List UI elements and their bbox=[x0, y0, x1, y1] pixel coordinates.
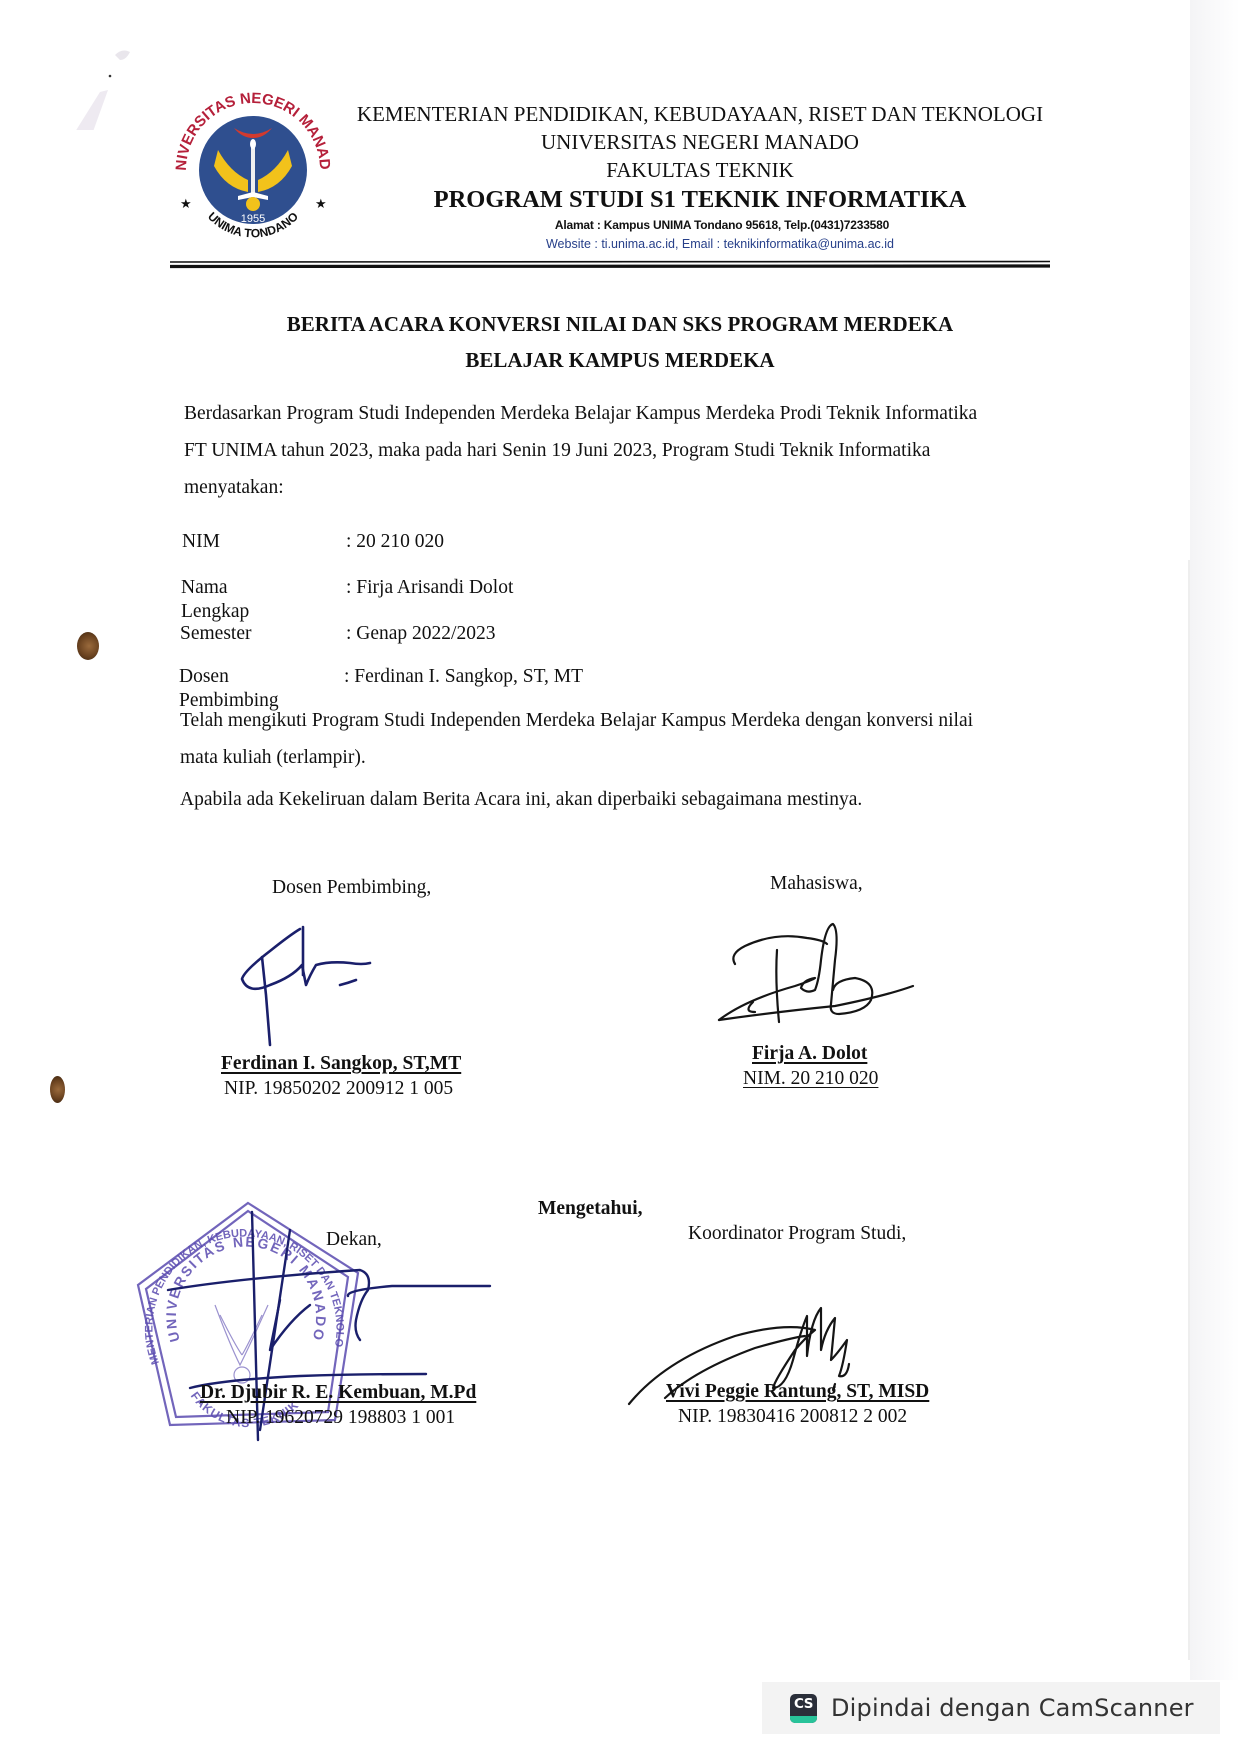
field-value: : Firja Arisandi Dolot bbox=[346, 576, 513, 600]
camscanner-logo-text: CS bbox=[794, 1694, 813, 1714]
statement-paragraph: Telah mengikuti Program Studi Independen… bbox=[180, 702, 1050, 776]
letterhead-divider bbox=[170, 260, 1050, 270]
university-logo: UNIVERSITAS NEGERI MANADO UNIMA TONDANO … bbox=[168, 92, 338, 240]
camscanner-logo-band bbox=[790, 1716, 817, 1723]
coordinator-name: Vivi Peggie Rantung, ST, MISD bbox=[666, 1380, 929, 1404]
field-label: NIM bbox=[182, 530, 220, 554]
coordinator-caption: Koordinator Program Studi, bbox=[688, 1222, 906, 1246]
svg-text:★: ★ bbox=[315, 196, 327, 211]
field-label: Nama Lengkap bbox=[181, 576, 249, 624]
contact-line: Website : ti.unima.ac.id, Email : teknik… bbox=[340, 235, 1060, 253]
advisor-name: Ferdinan I. Sangkop, ST,MT bbox=[221, 1052, 461, 1076]
statement-line: mata kuliah (terlampir). bbox=[180, 739, 1050, 776]
student-name: Firja A. Dolot bbox=[752, 1042, 867, 1066]
folded-corner-mark bbox=[60, 30, 180, 130]
intro-line: FT UNIMA tahun 2023, maka pada hari Seni… bbox=[184, 432, 1044, 469]
closing-line: Apabila ada Kekeliruan dalam Berita Acar… bbox=[180, 781, 1050, 818]
punch-hole-mark bbox=[50, 1076, 65, 1103]
document-title: BERITA ACARA KONVERSI NILAI DAN SKS PROG… bbox=[240, 306, 1000, 378]
statement-line: Telah mengikuti Program Studi Independen… bbox=[180, 702, 1050, 739]
advisor-nip: NIP. 19850202 200912 1 005 bbox=[224, 1077, 453, 1101]
address-line: Alamat : Kampus UNIMA Tondano 95618, Tel… bbox=[340, 216, 1060, 235]
page-edge-shadow bbox=[1190, 0, 1240, 1680]
university-name: UNIVERSITAS NEGERI MANADO bbox=[340, 128, 1060, 156]
field-value: : Genap 2022/2023 bbox=[346, 622, 495, 646]
program-name: PROGRAM STUDI S1 TEKNIK INFORMATIKA bbox=[340, 184, 1060, 216]
advisor-caption: Dosen Pembimbing, bbox=[272, 876, 431, 900]
intro-paragraph: Berdasarkan Program Studi Independen Mer… bbox=[184, 395, 1044, 506]
letterhead: KEMENTERIAN PENDIDIKAN, KEBUDAYAAN, RISE… bbox=[340, 100, 1060, 253]
field-value: : Ferdinan I. Sangkop, ST, MT bbox=[344, 665, 583, 689]
advisor-signature bbox=[230, 925, 410, 1055]
university-emblem-icon: UNIVERSITAS NEGERI MANADO UNIMA TONDANO … bbox=[168, 92, 338, 240]
acknowledged-label: Mengetahui, bbox=[538, 1197, 643, 1221]
student-signature bbox=[715, 920, 915, 1030]
student-caption: Mahasiswa, bbox=[770, 872, 863, 896]
camscanner-logo-icon: CS bbox=[790, 1694, 817, 1723]
faculty-name: FAKULTAS TEKNIK bbox=[340, 156, 1060, 184]
coordinator-nip: NIP. 19830416 200812 2 002 bbox=[678, 1405, 907, 1429]
intro-line: menyatakan: bbox=[184, 469, 1044, 506]
svg-text:★: ★ bbox=[180, 196, 192, 211]
punch-hole-mark bbox=[77, 632, 99, 660]
camscanner-label: Dipindai dengan CamScanner bbox=[831, 1694, 1194, 1722]
dean-nip: NIP. 19620729 198803 1 001 bbox=[226, 1406, 455, 1430]
closing-paragraph: Apabila ada Kekeliruan dalam Berita Acar… bbox=[180, 781, 1050, 818]
title-line-1: BERITA ACARA KONVERSI NILAI DAN SKS PROG… bbox=[240, 306, 1000, 342]
svg-text:1955: 1955 bbox=[241, 213, 265, 225]
camscanner-watermark: CS Dipindai dengan CamScanner bbox=[762, 1682, 1220, 1734]
student-nim: NIM. 20 210 020 bbox=[743, 1067, 878, 1091]
field-value: : 20 210 020 bbox=[346, 530, 444, 554]
title-line-2: BELAJAR KAMPUS MERDEKA bbox=[240, 342, 1000, 378]
page-edge-line bbox=[1188, 560, 1190, 1660]
intro-line: Berdasarkan Program Studi Independen Mer… bbox=[184, 395, 1044, 432]
ministry-name: KEMENTERIAN PENDIDIKAN, KEBUDAYAAN, RISE… bbox=[340, 100, 1060, 128]
dean-name: Dr. Djubir R. E. Kembuan, M.Pd bbox=[200, 1381, 476, 1405]
field-label: Semester bbox=[180, 622, 251, 646]
